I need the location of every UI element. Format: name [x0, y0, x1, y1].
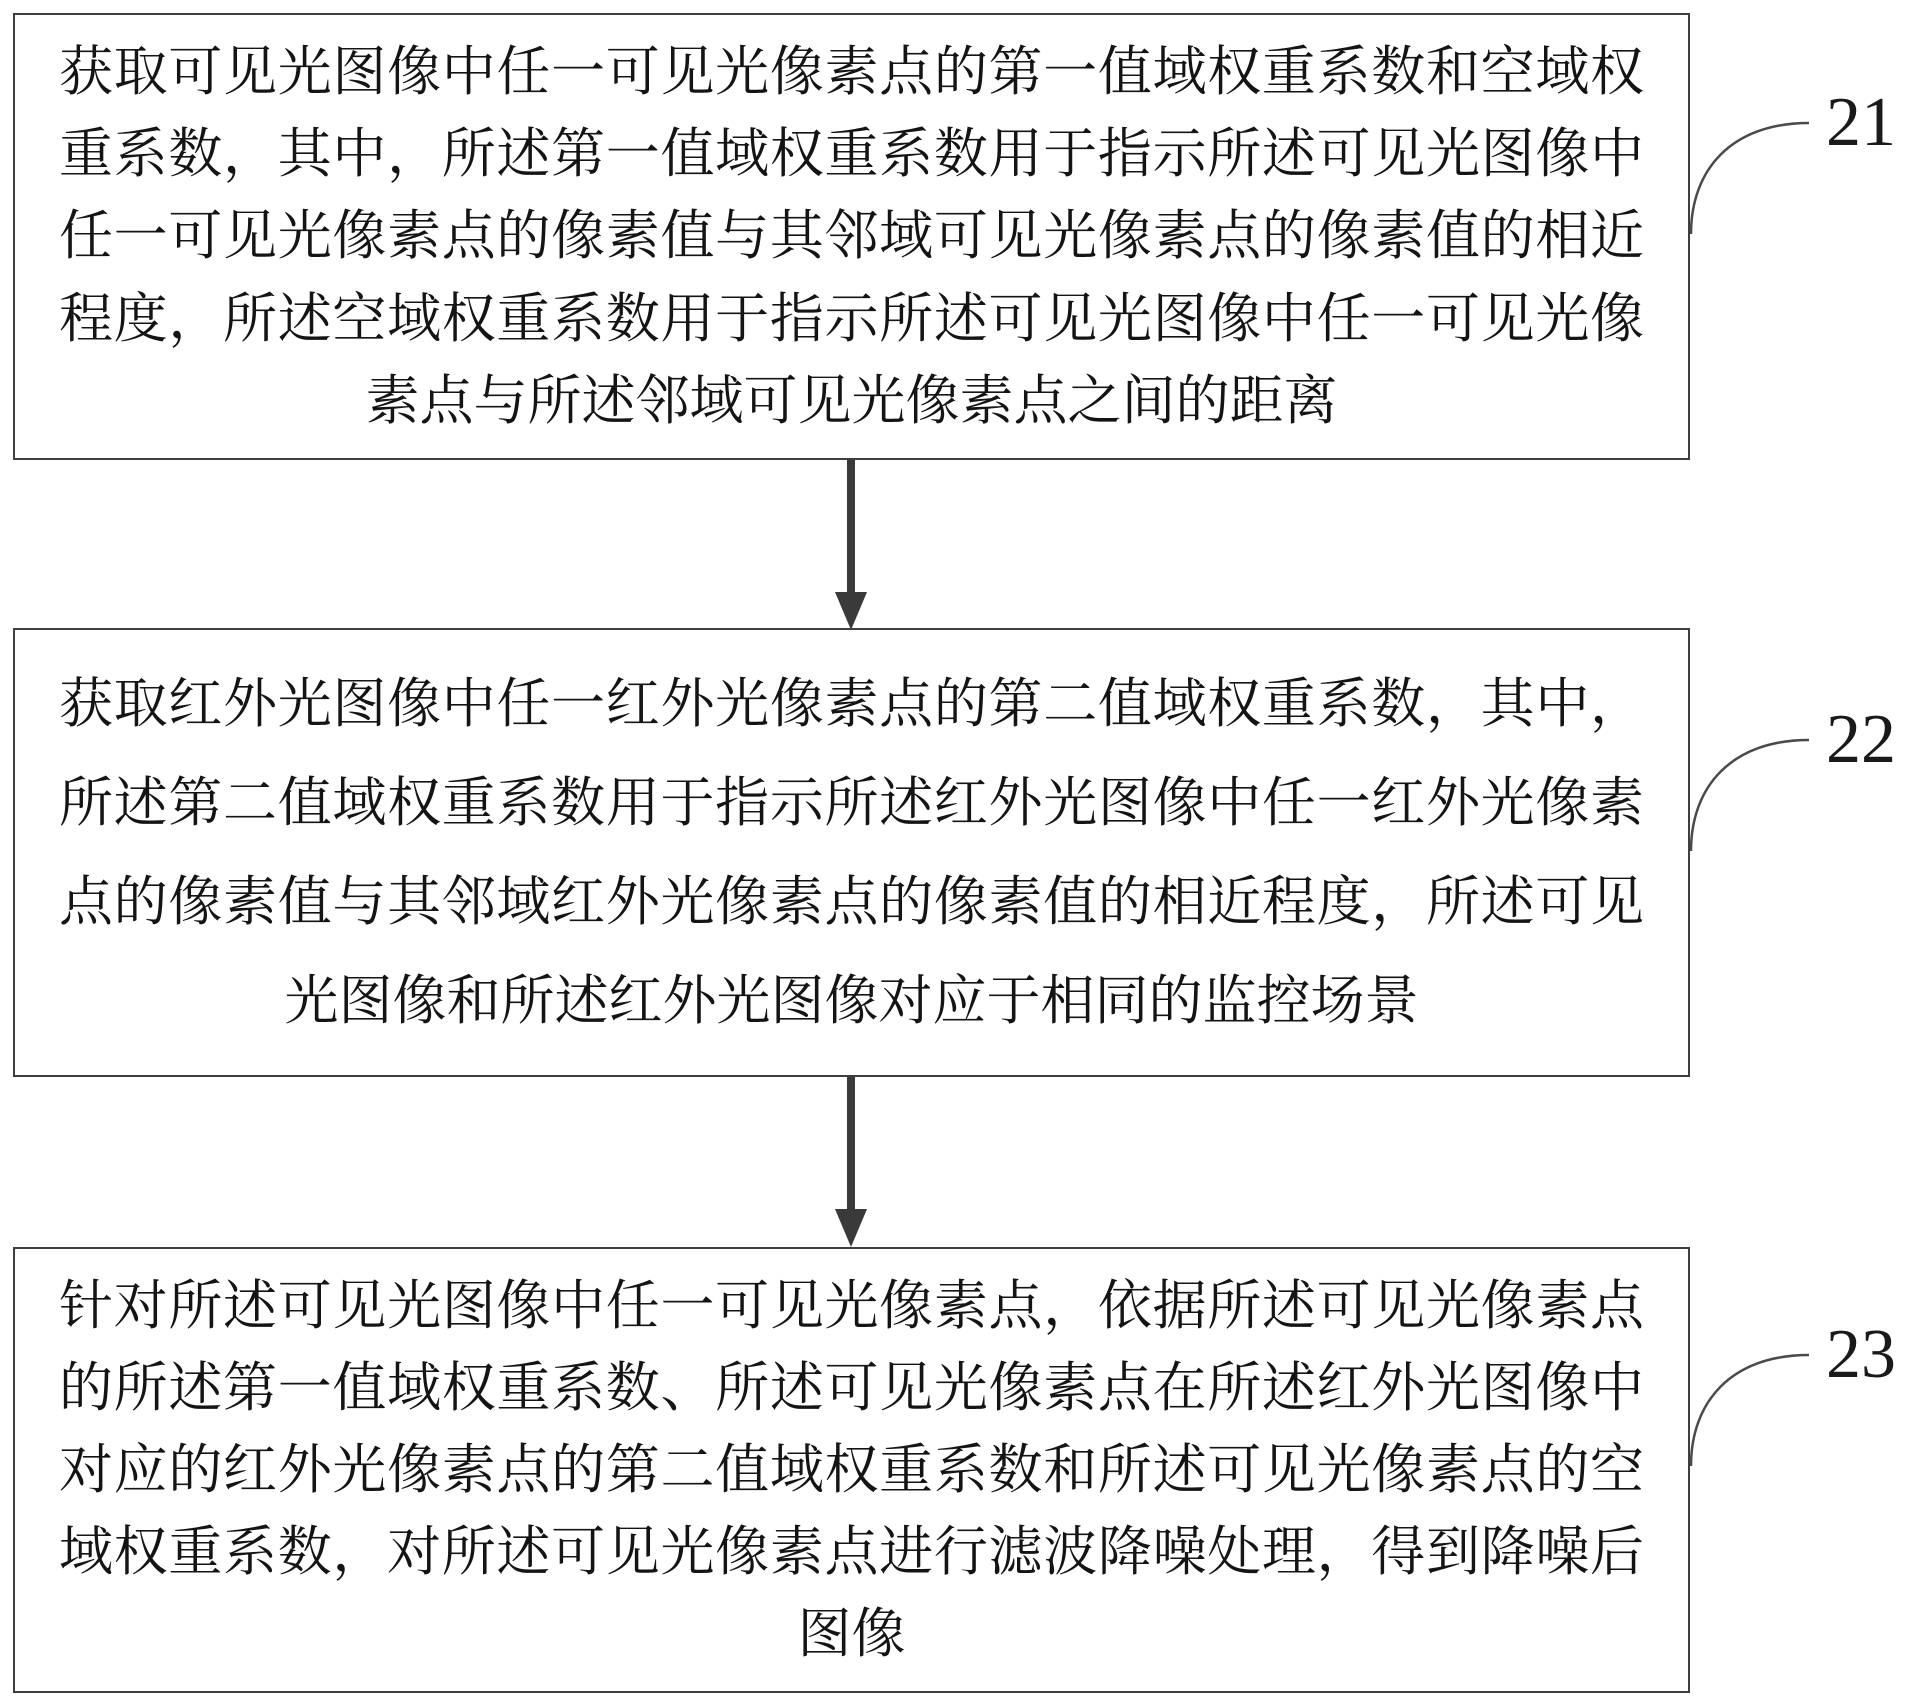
reference-leader-line [1689, 1348, 1811, 1468]
step-21-text-line: 重系数，其中，所述第一值域权重系数用于指示所述可见光图像中 [59, 123, 1644, 185]
step-box-21: 获取可见光图像中任一可见光像素点的第一值域权重系数和空域权 重系数，其中，所述第… [13, 13, 1690, 460]
step-22-text-line: 获取红外光图像中任一红外光像素点的第二值域权重系数，其中， [59, 673, 1644, 735]
step-ref-label-21: 21 [1826, 88, 1912, 158]
step-21-text-line: 获取可见光图像中任一可见光像素点的第一值域权重系数和空域权 [59, 41, 1644, 103]
step-23-text-line: 域权重系数，对所述可见光像素点进行滤波降噪处理，得到降噪后 [59, 1521, 1644, 1583]
arrow-down-icon [833, 1077, 869, 1247]
reference-leader-line [1689, 116, 1811, 236]
step-box-23: 针对所述可见光图像中任一可见光像素点，依据所述可见光像素点 的所述第一值域权重系… [13, 1247, 1690, 1693]
step-21-text-line: 素点与所述邻域可见光像素点之间的距离 [59, 370, 1644, 432]
step-22-text-line: 所述第二值域权重系数用于指示所述红外光图像中任一红外光像素 [59, 772, 1644, 834]
step-23-text-line: 针对所述可见光图像中任一可见光像素点，依据所述可见光像素点 [59, 1275, 1644, 1337]
step-23-text-line: 图像 [59, 1603, 1644, 1665]
step-21-text-line: 程度，所述空域权重系数用于指示所述可见光图像中任一可见光像 [59, 288, 1644, 350]
step-23-text-line: 对应的红外光像素点的第二值域权重系数和所述可见光像素点的空 [59, 1439, 1644, 1501]
step-22-text-line: 光图像和所述红外光图像对应于相同的监控场景 [59, 970, 1644, 1032]
step-box-22: 获取红外光图像中任一红外光像素点的第二值域权重系数，其中， 所述第二值域权重系数… [13, 628, 1690, 1077]
arrow-down-icon [833, 460, 869, 630]
reference-leader-line [1689, 733, 1811, 853]
step-ref-label-22: 22 [1826, 705, 1912, 775]
step-22-text-line: 点的像素值与其邻域红外光像素点的像素值的相近程度，所述可见 [59, 871, 1644, 933]
step-ref-label-23: 23 [1826, 1320, 1912, 1390]
patent-flowchart: 获取可见光图像中任一可见光像素点的第一值域权重系数和空域权 重系数，其中，所述第… [0, 0, 1912, 1707]
step-23-text-line: 的所述第一值域权重系数、所述可见光像素点在所述红外光图像中 [59, 1357, 1644, 1419]
step-21-text-line: 任一可见光像素点的像素值与其邻域可见光像素点的像素值的相近 [59, 205, 1644, 267]
